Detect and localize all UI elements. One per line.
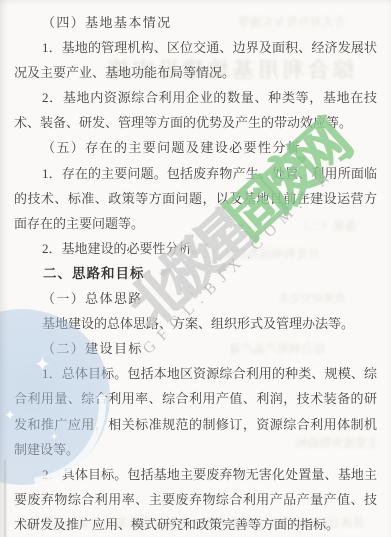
- section-heading-4: （四）基地基本情况: [14, 10, 377, 35]
- paragraph-overall-idea: 基地建设的总体思路、方案、组织形式及管理办法等。: [14, 311, 377, 336]
- paragraph-specific-goal: 2．具体目标。包括基地主要废弃物无害化处置量、基地主要废弃物综合利用率、主要废弃…: [14, 462, 377, 537]
- paragraph-item-2: 2．基地内资源综合利用企业的数量、种类等，基地在技术、装备、研发、管理等方面的优…: [14, 85, 377, 135]
- paragraph-item-1: 1．基地的管理机构、区位交通、边界及面积、经济发展状况及主要产业、基地功能布局等…: [14, 35, 377, 85]
- paragraph-problems-1: 1．存在的主要问题。包括废弃物产生、处置、利用所面临的技术、标准、政策等方面问题…: [14, 161, 377, 236]
- paragraph-problems-2: 2．基地建设的必要性分析。: [14, 236, 377, 261]
- scan-crease-line: [4, 460, 6, 537]
- section-heading-5: （五）存在的主要问题及建设必要性分析: [14, 135, 377, 160]
- subsection-heading-1: （一）总体思路: [14, 286, 377, 311]
- document-text-body: （四）基地基本情况 1．基地的管理机构、区位交通、边界及面积、经济发展状况及主要…: [14, 10, 377, 537]
- chapter-heading-2: 二、思路和目标: [14, 261, 377, 286]
- subsection-heading-2: （二）建设目标: [14, 336, 377, 361]
- scanned-document-page: { "page": { "background_color": "#faf9f7…: [0, 0, 391, 537]
- paragraph-overall-goal: 1．总体目标。包括本地区资源综合利用的种类、规模、综合利用量、综合利用率、综合利…: [14, 361, 377, 461]
